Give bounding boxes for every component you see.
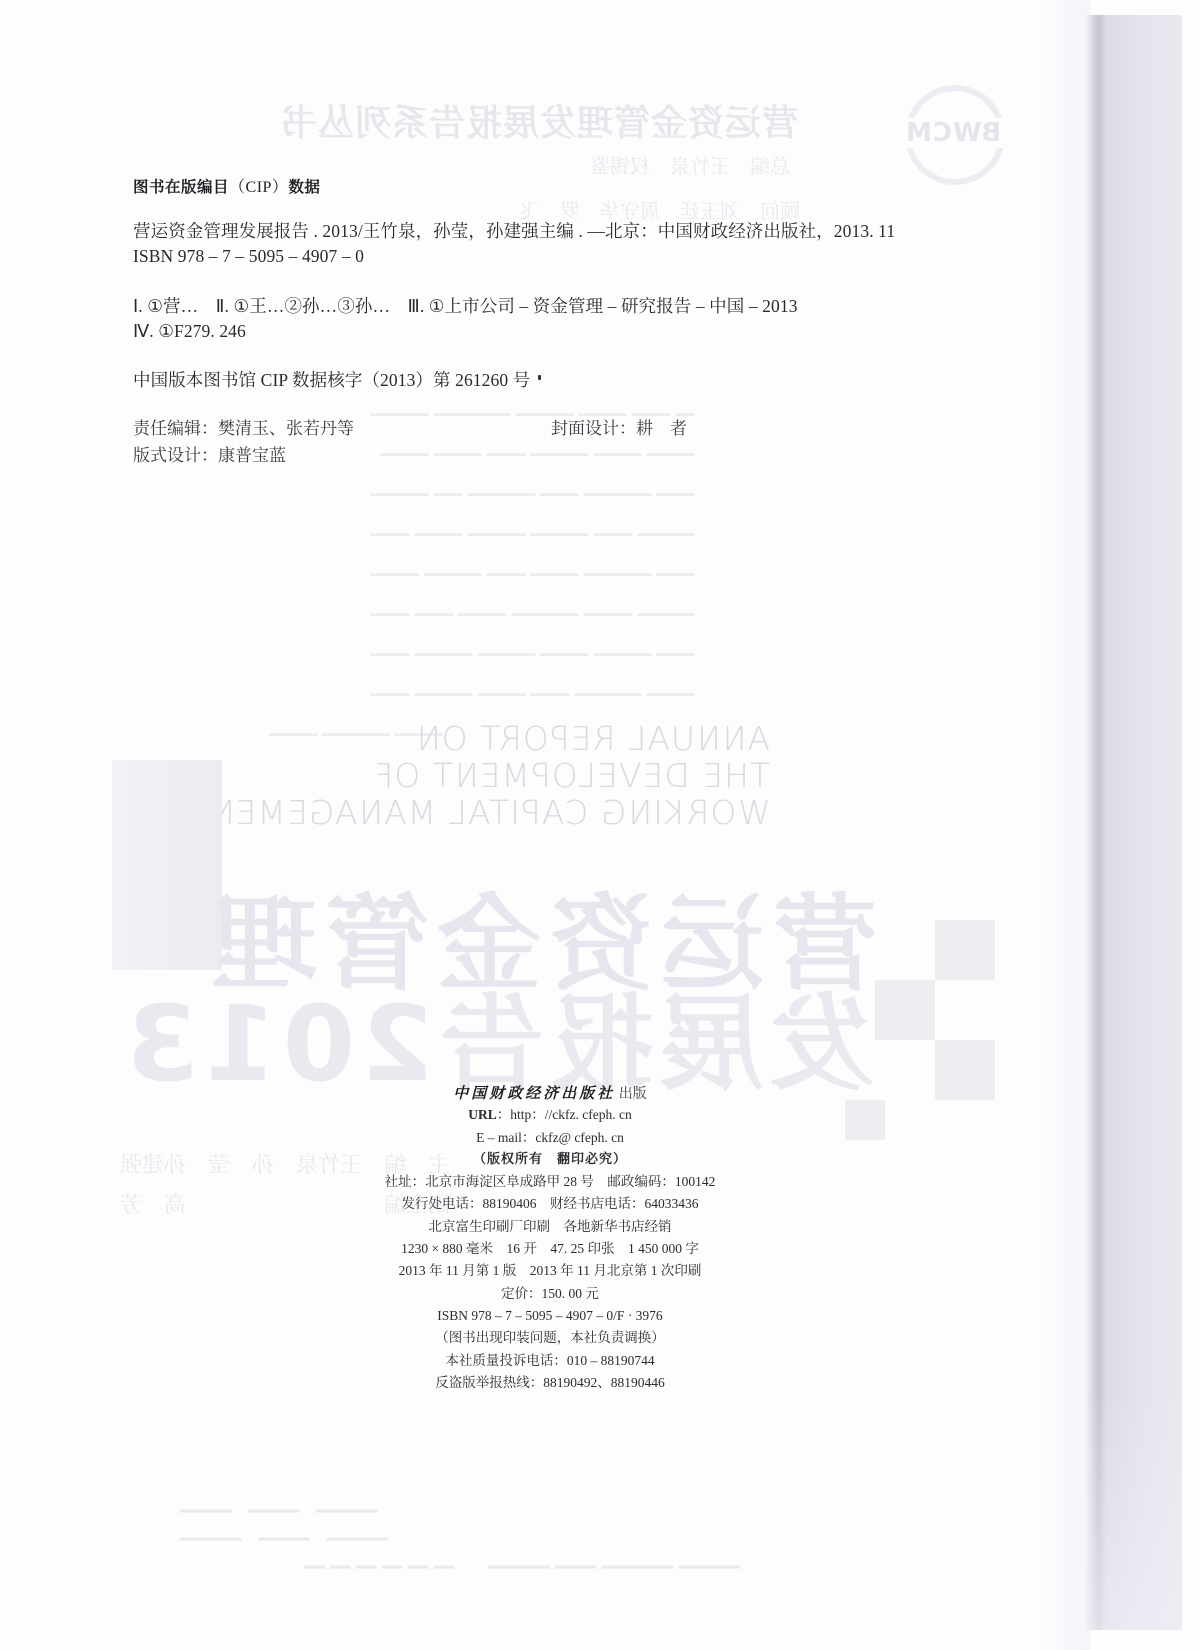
cip-classification: Ⅰ. ①营… Ⅱ. ①王…②孙…③孙… Ⅲ. ①上市公司 – 资金管理 – 研究… [133, 293, 798, 318]
publisher-address: 社址：北京市海淀区阜成路甲 28 号 邮政编码：100142 [300, 1171, 800, 1193]
show-through-decorative-squares [845, 920, 995, 1170]
piracy-hotline: 反盗版举报热线：88190492、88190446 [300, 1372, 800, 1394]
publisher-phones: 发行处电话：88190406 财经书店电话：64033436 [300, 1193, 800, 1215]
scanned-page: BWCM 营运资金管理发展报告系列丛书 总编 王竹泉 权锡鉴 顾问 刘玉廷 周守… [0, 0, 1200, 1650]
full-isbn: ISBN 978 – 7 – 5095 – 4907 – 0/F · 3976 [300, 1305, 800, 1327]
page-edge-shadow [1085, 15, 1182, 1630]
edition-info: 2013 年 11 月第 1 版 2013 年 11 月北京第 1 次印刷 [300, 1260, 800, 1282]
cip-verification-number: 中国版本图书馆 CIP 数据核字（2013）第 261260 号 [133, 367, 530, 392]
printing-info: 北京富生印刷厂印刷 各地新华书店经销 [300, 1216, 800, 1238]
show-through-english-title: ANNUAL REPORT ON THE DEVELOPMENT OF WORK… [188, 720, 770, 831]
publisher-info-block: 中国财政经济出版社 出版 URL：http：//ckfz. cfeph. cn … [300, 1082, 800, 1394]
copyright-notice: （版权所有 翻印必究） [300, 1149, 800, 1171]
show-through-bottom-3: ━━━━━━ ━━━━━━━ ━━━━ ━━━━━━ ━━ ━━ ━━ ━━ ━… [180, 1553, 740, 1578]
publisher-email: E – mail：ckfz@ cfeph. cn [300, 1127, 800, 1149]
show-through-editors: 总编 王竹泉 权锡鉴 [590, 150, 790, 179]
cip-isbn: ISBN 978 – 7 – 5095 – 4907 – 0 [133, 246, 364, 267]
cip-title-line: 营运资金管理发展报告 . 2013/王竹泉，孙莹，孙建强主编 . —北京：中国财… [133, 218, 895, 243]
layout-designer: 版式设计：康普宝蓝 [133, 441, 286, 466]
format-info: 1230 × 880 毫米 16 开 47. 25 印张 1 450 000 字 [300, 1238, 800, 1260]
publisher-name: 中国财政经济出版社 [453, 1084, 615, 1102]
page-edge-fade [1040, 0, 1090, 1650]
complaint-phone: 本社质量投诉电话：010 – 88190744 [300, 1350, 800, 1372]
show-through-bottom-2: ━━━━━━ ━━━━━ ━━━━━━ [180, 1525, 388, 1550]
cover-designer: 封面设计：耕 者 [551, 414, 687, 439]
cip-heading: 图书在版编目（CIP）数据 [133, 174, 320, 197]
show-through-bottom-1: ━━━━━━ ━━━━━ ━━━━━ [180, 1497, 378, 1522]
return-policy: （图书出现印装问题，本社负责调换） [300, 1327, 800, 1349]
publisher-name-row: 中国财政经济出版社 出版 [300, 1082, 800, 1104]
responsible-editor: 责任编辑：樊清玉、张若丹等 [133, 414, 354, 439]
bwcm-logo-text: BWCM [888, 118, 1018, 148]
cip-classification-2: Ⅳ. ①F279. 246 [133, 321, 246, 342]
scan-speck [538, 375, 541, 380]
publisher-url: URL：http：//ckfz. cfeph. cn [300, 1104, 800, 1126]
show-through-series-title: 营运资金管理发展报告系列丛书 [280, 95, 798, 146]
price: 定价：150. 00 元 [300, 1283, 800, 1305]
